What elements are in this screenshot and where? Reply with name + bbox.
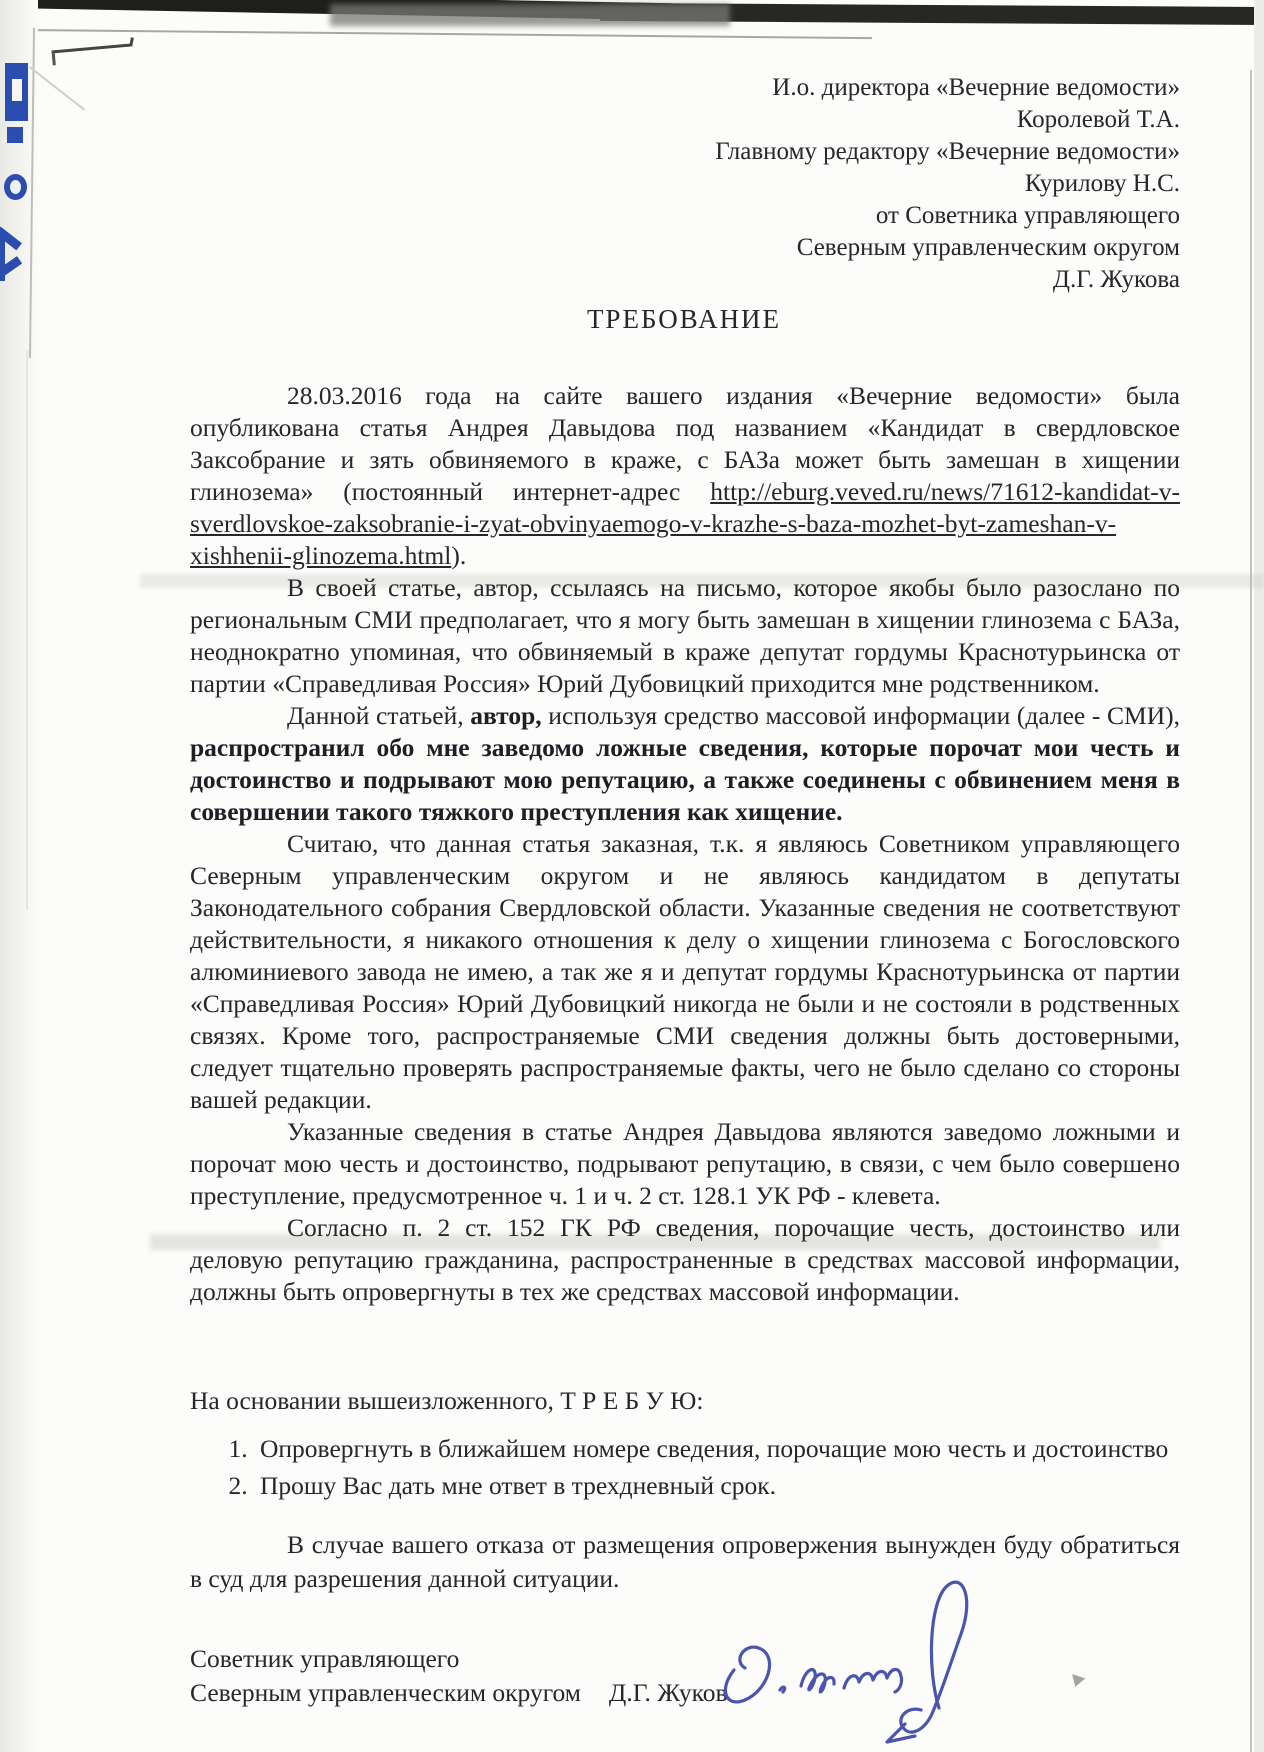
- paragraph-3-regular: Данной статьей,: [287, 701, 470, 730]
- sender-line: Северным управленческим округом: [715, 232, 1180, 264]
- sender-line: Д.Г. Жукова: [715, 264, 1180, 296]
- demand-item-2: Прошу Вас дать мне ответ в трехдневный с…: [254, 1467, 1180, 1504]
- paragraph-6: Согласно п. 2 ст. 152 ГК РФ сведения, по…: [190, 1212, 1180, 1308]
- recipient-block: И.о. директора «Вечерние ведомости» Коро…: [715, 72, 1180, 296]
- paragraph-3-bold-claim: распространил обо мне заведомо ложные св…: [190, 733, 1180, 826]
- signer-role-line2: Северным управленческим округомД.Г. Жуко…: [190, 1676, 728, 1710]
- paragraph-3: Данной статьей, автор, используя средств…: [190, 700, 1180, 828]
- scan-top-smudge: [330, 4, 730, 26]
- paragraph-4: Считаю, что данная статья заказная, т.к.…: [190, 828, 1180, 1116]
- scan-blue-artifact-notch: [12, 79, 22, 101]
- letter-body: 28.03.2016 года на сайте вашего издания …: [190, 380, 1180, 1308]
- staple-mark-icon: [51, 44, 131, 66]
- scan-right-strip: [1254, 0, 1264, 1752]
- scan-blue-artifact-1: [5, 63, 28, 121]
- scanned-letter-page: И.о. директора «Вечерние ведомости» Коро…: [0, 0, 1264, 1752]
- demands-list: Опровергнуть в ближайшем номере сведения…: [190, 1430, 1180, 1504]
- scan-left-page-edge-lower: [26, 350, 28, 910]
- sender-line: от Советника управляющего: [715, 200, 1180, 232]
- paragraph-5: Указанные сведения в статье Андрея Давыд…: [190, 1116, 1180, 1212]
- scan-blue-artifact-3c: [0, 235, 5, 281]
- paragraph-3-bold: автор,: [470, 701, 541, 730]
- signer-role-text: Северным управленческим округом: [190, 1678, 581, 1707]
- scan-blue-artifact-ring: [4, 174, 27, 200]
- paragraph-1: 28.03.2016 года на сайте вашего издания …: [190, 380, 1180, 572]
- scan-right-page-edge: [1250, 70, 1252, 1752]
- document-title: ТРЕБОВАНИЕ: [190, 304, 1178, 335]
- handwritten-signature-icon: [688, 1566, 1038, 1748]
- recipient-line: Королевой Т.А.: [715, 104, 1180, 136]
- recipient-line: Курилову Н.С.: [715, 168, 1180, 200]
- signature-block: Советник управляющего Северным управленч…: [190, 1642, 728, 1710]
- recipient-line: И.о. директора «Вечерние ведомости»: [715, 72, 1180, 104]
- demand-item-1: Опровергнуть в ближайшем номере сведения…: [254, 1430, 1180, 1467]
- signer-role-line1: Советник управляющего: [190, 1642, 728, 1676]
- paragraph-1-tail: ).: [451, 541, 466, 570]
- scan-blue-artifact-2: [7, 127, 23, 143]
- scan-top-thin-line: [12, 29, 872, 39]
- paragraph-3-regular: используя средство массовой информации (…: [542, 701, 1180, 730]
- demand-intro: На основании вышеизложенного, Т Р Е Б У …: [190, 1386, 703, 1416]
- scan-small-mark: [1069, 1674, 1086, 1689]
- recipient-line: Главному редактору «Вечерние ведомости»: [715, 136, 1180, 168]
- paragraph-2: В своей статье, автор, ссылаясь на письм…: [190, 572, 1180, 700]
